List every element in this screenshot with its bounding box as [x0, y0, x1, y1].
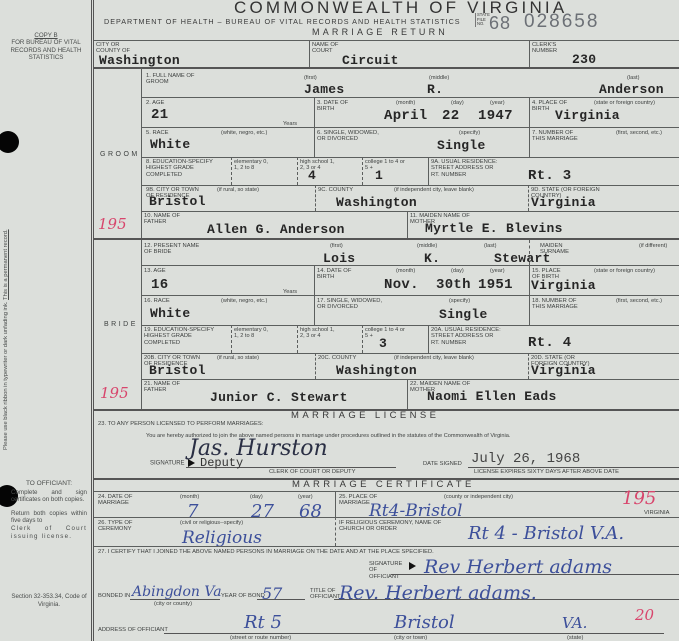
marriage-place[interactable]: Rt4-Bristol: [369, 501, 462, 521]
marriage-return-form: COPY B FOR BUREAU OF VITAL RECORDS AND H…: [0, 0, 679, 641]
specify-hint: (specify): [449, 298, 470, 304]
birthplace-hint: (state or foreign country): [594, 268, 655, 274]
bride-middle-name[interactable]: K.: [424, 251, 440, 266]
ceremony-type[interactable]: Religious: [182, 528, 262, 548]
city-hint: (if rural, so state): [217, 187, 259, 193]
divider: [362, 157, 363, 185]
bride-dob-day[interactable]: 30th: [436, 277, 471, 293]
first-hint: (first): [330, 243, 343, 249]
groom-father[interactable]: Allen G. Anderson: [207, 222, 345, 237]
clerk-number-value[interactable]: 230: [572, 52, 596, 67]
form-frame: COMMONWEALTH OF VIRGINIA DEPARTMENT OF H…: [91, 0, 679, 641]
ink-instruction: Please use black ribbon in typewriter or…: [3, 180, 13, 450]
groom-high-school[interactable]: 4: [308, 168, 316, 183]
middle-hint: (middle): [429, 75, 449, 81]
officiant-text-1: Complete and sign certificates on both c…: [11, 489, 87, 504]
bride-dob-label: 14. DATE OF BIRTH: [317, 268, 357, 281]
elementary-hint: elementary 0, 1, 2 to 8: [234, 327, 274, 340]
officiant-signature-label: SIGNATURE OF OFFICIANT: [369, 561, 409, 580]
copy-purpose: FOR BUREAU OF VITAL RECORDS AND HEALTH S…: [2, 39, 90, 61]
department-name: DEPARTMENT OF HEALTH – BUREAU OF VITAL R…: [104, 17, 461, 26]
divider: [231, 157, 232, 185]
marriage-number-hint: (first, second, etc.): [616, 298, 662, 304]
bride-education-label: 19. EDUCATION-SPECIFY HIGHEST GRADE COMP…: [144, 327, 224, 346]
race-hint: (white, negro, etc.): [221, 298, 267, 304]
year-hint: (year): [298, 494, 313, 500]
bride-marital-status[interactable]: Single: [439, 307, 488, 322]
divider: [315, 353, 316, 379]
virginia-caption: VIRGINIA: [644, 510, 669, 516]
bride-dob-month[interactable]: Nov.: [384, 277, 419, 293]
officiant-street[interactable]: Rt 5: [244, 612, 282, 633]
day-hint: (day): [250, 494, 263, 500]
groom-birthplace[interactable]: Virginia: [555, 108, 620, 123]
bride-father[interactable]: Junior C. Stewart: [210, 390, 348, 405]
officiant-signature[interactable]: Rev Herbert adams: [424, 556, 612, 578]
divider: [314, 127, 315, 157]
groom-marriage-number-label: 7. NUMBER OF THIS MARRIAGE: [532, 130, 584, 143]
officiant-city[interactable]: Bristol: [394, 612, 455, 633]
groom-first-name[interactable]: James: [304, 82, 345, 97]
bride-race[interactable]: White: [150, 306, 191, 321]
officiant-title[interactable]: Rev. Herbert adams.: [339, 582, 537, 604]
divider: [314, 295, 315, 325]
date-signed[interactable]: July 26, 1968: [471, 451, 580, 467]
divider: [141, 379, 679, 380]
date-signed-label: DATE SIGNED: [423, 461, 462, 467]
divider: [315, 185, 316, 211]
groom-name-label: 1. FULL NAME OF GROOM: [146, 73, 206, 86]
ceremony-type-label: 26. TYPE OF CEREMONY: [98, 520, 153, 533]
bride-marriage-number-label: 18. NUMBER OF THIS MARRIAGE: [532, 298, 584, 311]
divider: [529, 240, 530, 265]
county-hint: (if independent city, leave blank): [394, 187, 474, 193]
groom-street[interactable]: Rt. 3: [528, 168, 572, 184]
college-hint: college 1 to 4 or 5 +: [365, 159, 405, 172]
state-file-label: STATE FILE NO.: [475, 13, 489, 27]
marriage-number-hint: (first, second, etc.): [616, 130, 662, 136]
officiant-state[interactable]: VA.: [562, 614, 587, 632]
last-hint: (last): [484, 243, 496, 249]
officiant-text-2: Return both copies within five days to: [11, 510, 87, 525]
high-school-hint: high school 1, 2, 3 or 4: [300, 159, 340, 172]
bride-dob-year[interactable]: 1951: [478, 277, 513, 293]
groom-age[interactable]: 21: [151, 107, 168, 123]
bride-margin-code: 195: [100, 384, 129, 402]
divider: [94, 491, 679, 492]
divider: [428, 157, 429, 185]
groom-last-name[interactable]: Anderson: [599, 82, 664, 97]
divider: [141, 127, 679, 128]
divider: [141, 325, 679, 326]
form-title: COMMONWEALTH OF VIRGINIA: [234, 0, 567, 18]
code-reference: Section 32-353.34, Code of Virginia.: [11, 593, 87, 608]
middle-hint: (middle): [417, 243, 437, 249]
deputy-text: Deputy: [200, 456, 243, 470]
divider: [141, 211, 679, 212]
divider: [335, 491, 336, 517]
day-hint: (day): [451, 268, 464, 274]
punch-hole-icon: [0, 131, 19, 153]
divider: [362, 325, 363, 353]
groom-street-label: 9a. USUAL RESIDENCE: STREET ADDRESS OR R…: [431, 159, 501, 178]
arrow-right-icon: [409, 562, 416, 570]
ceremony-hint: (civil or religious--specify): [180, 520, 243, 526]
signature-label: SIGNATURE: [150, 459, 195, 467]
divider: [141, 68, 142, 238]
specify-hint: (specify): [459, 130, 480, 136]
copy-label-block: COPY B FOR BUREAU OF VITAL RECORDS AND H…: [2, 32, 90, 62]
divider: [428, 325, 429, 353]
marriage-date-label: 24. DATE OF MARRIAGE: [98, 494, 153, 507]
divider: [407, 211, 408, 238]
elementary-hint: elementary 0, 1, 2 to 8: [234, 159, 274, 172]
groom-college[interactable]: 1: [375, 168, 383, 183]
form-name: MARRIAGE RETURN: [312, 27, 448, 37]
license-addressee: 23. TO ANY PERSON LICENSED TO PERFORM MA…: [98, 421, 263, 427]
divider: [407, 379, 408, 409]
marriage-day[interactable]: 27: [251, 501, 274, 522]
bonded-caption: (city or county): [154, 601, 192, 607]
divider: [141, 295, 679, 296]
divider: [94, 238, 679, 240]
bride-street-label: 20a. USUAL RESIDENCE: STREET ADDRESS OR …: [431, 327, 501, 346]
divider: [94, 40, 679, 41]
groom-father-label: 10. NAME OF FATHER: [144, 213, 184, 226]
left-margin: COPY B FOR BUREAU OF VITAL RECORDS AND H…: [0, 0, 91, 641]
divider: [141, 97, 679, 98]
address-margin-code: 20: [635, 606, 654, 624]
certificate-margin-code: 195: [622, 488, 656, 509]
groom-marital-status[interactable]: Single: [437, 138, 486, 153]
divider: [141, 185, 679, 186]
bride-age-label: 13. AGE: [144, 268, 166, 274]
signature-label-text: SIGNATURE: [150, 461, 185, 467]
license-title: MARRIAGE LICENSE: [291, 410, 439, 421]
county-hint: (if independent city, leave blank): [394, 355, 474, 361]
divider: [297, 157, 298, 185]
birthplace-hint: (state or foreign country): [594, 100, 655, 106]
bonded-in[interactable]: Abingdon Va: [132, 584, 222, 600]
divider: [529, 40, 530, 67]
groom-dob-month[interactable]: April: [384, 108, 428, 124]
first-hint: (first): [304, 75, 317, 81]
divider: [141, 353, 679, 354]
certificate-title: MARRIAGE CERTIFICATE: [292, 479, 475, 490]
groom-marital-label: 6. SINGLE, WIDOWED, OR DIVORCED: [317, 130, 387, 143]
divider: [314, 97, 315, 127]
groom-race[interactable]: White: [150, 137, 191, 152]
divider: [94, 546, 679, 547]
ink-note: Please use black ribbon in typewriter or…: [3, 301, 9, 450]
divider: [297, 325, 298, 353]
bond-year[interactable]: 57: [262, 584, 282, 603]
groom-dob-day[interactable]: 22: [442, 108, 459, 124]
officiant-instructions: TO OFFICIANT: Complete and sign certific…: [11, 480, 87, 546]
bride-age[interactable]: 16: [151, 277, 168, 293]
month-hint: (month): [180, 494, 199, 500]
city-caption: (city or town): [394, 635, 427, 641]
groom-county-label: 9c. COUNTY: [318, 187, 353, 193]
court-label: NAME OF COURT: [312, 42, 342, 55]
bride-marital-label: 17. SINGLE, WIDOWED, OR DIVORCED: [317, 298, 387, 311]
bride-state[interactable]: Virginia: [531, 363, 596, 378]
bride-county[interactable]: Washington: [336, 363, 417, 378]
month-hint: (month): [396, 100, 415, 106]
groom-state[interactable]: Virginia: [531, 195, 596, 210]
groom-dob-year[interactable]: 1947: [478, 108, 513, 124]
race-hint: (white, negro, etc.): [221, 130, 267, 136]
bonded-in-label: BONDED IN: [98, 593, 130, 599]
state-caption: (state): [567, 635, 583, 641]
maiden-surname-label: MAIDEN SURNAME: [540, 243, 580, 256]
clerk-caption: CLERK OF COURT OR DEPUTY: [269, 469, 355, 475]
groom-city[interactable]: Bristol: [149, 194, 206, 209]
year-hint: (year): [490, 100, 505, 106]
church-name[interactable]: Rt 4 - Bristol V.A.: [468, 523, 624, 544]
signature-line: [164, 633, 664, 634]
groom-education-label: 8. EDUCATION-SPECIFY HIGHEST GRADE COMPL…: [146, 159, 226, 178]
city-county-value[interactable]: Washington: [99, 53, 180, 68]
street-caption: (street or route number): [230, 635, 291, 641]
copy-label: COPY B: [2, 32, 90, 39]
groom-race-label: 5. RACE: [146, 130, 169, 136]
divider: [94, 517, 679, 518]
state-file-year: 68: [489, 13, 511, 34]
divider: [314, 265, 315, 295]
maiden-hint: (if different): [639, 243, 667, 249]
divider: [335, 517, 336, 546]
date-line: [468, 467, 679, 468]
clerk-number-label: CLERK'S NUMBER: [532, 42, 566, 55]
bride-race-label: 16. RACE: [144, 298, 170, 304]
bride-street[interactable]: Rt. 4: [528, 335, 572, 351]
bride-county-label: 20c. COUNTY: [318, 355, 356, 361]
divider: [141, 157, 679, 158]
permanent-record-note: This is a permanent record.: [3, 229, 9, 300]
certification-statement: 27. I CERTIFY THAT I JOINED THE ABOVE NA…: [98, 549, 434, 555]
bride-mother[interactable]: Naomi Ellen Eads: [427, 389, 557, 404]
church-label: IF RELIGIOUS CEREMONY, NAME OF CHURCH OR…: [339, 520, 459, 533]
groom-margin-code: 195: [98, 215, 127, 233]
bride-name-label: 12. PRESENT NAME OF BRIDE: [144, 243, 204, 256]
divider: [231, 325, 232, 353]
day-hint: (day): [451, 100, 464, 106]
groom-dob-label: 3. DATE OF BIRTH: [317, 100, 357, 113]
bride-birthplace[interactable]: Virginia: [531, 278, 596, 293]
place-hint: (county or independent city): [444, 494, 513, 500]
state-file-number: 028658: [524, 11, 599, 33]
divider: [94, 67, 679, 69]
officiant-address-label: ADDRESS OF OFFICIANT: [98, 627, 168, 633]
divider: [528, 353, 529, 379]
bride-father-label: 21. NAME OF FATHER: [144, 381, 184, 394]
high-school-hint: high school 1, 2, 3 or 4: [300, 327, 340, 340]
divider: [528, 185, 529, 211]
month-hint: (month): [396, 268, 415, 274]
officiant-title: TO OFFICIANT:: [11, 480, 87, 488]
marriage-month[interactable]: 7: [187, 501, 198, 522]
divider: [309, 40, 310, 67]
groom-age-label: 2. AGE: [146, 100, 164, 106]
bride-first-name[interactable]: Lois: [323, 251, 355, 266]
city-hint: (if rural, so state): [217, 355, 259, 361]
year-hint: (year): [490, 268, 505, 274]
groom-middle-name[interactable]: R.: [427, 82, 443, 97]
marriage-year[interactable]: 68: [299, 501, 322, 522]
last-hint: (last): [627, 75, 639, 81]
bride-city[interactable]: Bristol: [149, 363, 206, 378]
groom-mother[interactable]: Myrtle E. Blevins: [425, 221, 563, 236]
court-value[interactable]: Circuit: [342, 53, 399, 68]
bride-section-label: BRIDE: [104, 321, 138, 328]
divider: [141, 265, 679, 266]
officiant-text-3: Clerk of Court issuing license.: [11, 525, 87, 540]
groom-section-label: GROOM: [100, 151, 140, 158]
bride-college[interactable]: 3: [379, 336, 387, 351]
license-expiry-note: LICENSE EXPIRES SIXTY DAYS AFTER ABOVE D…: [474, 469, 619, 475]
groom-county[interactable]: Washington: [336, 195, 417, 210]
